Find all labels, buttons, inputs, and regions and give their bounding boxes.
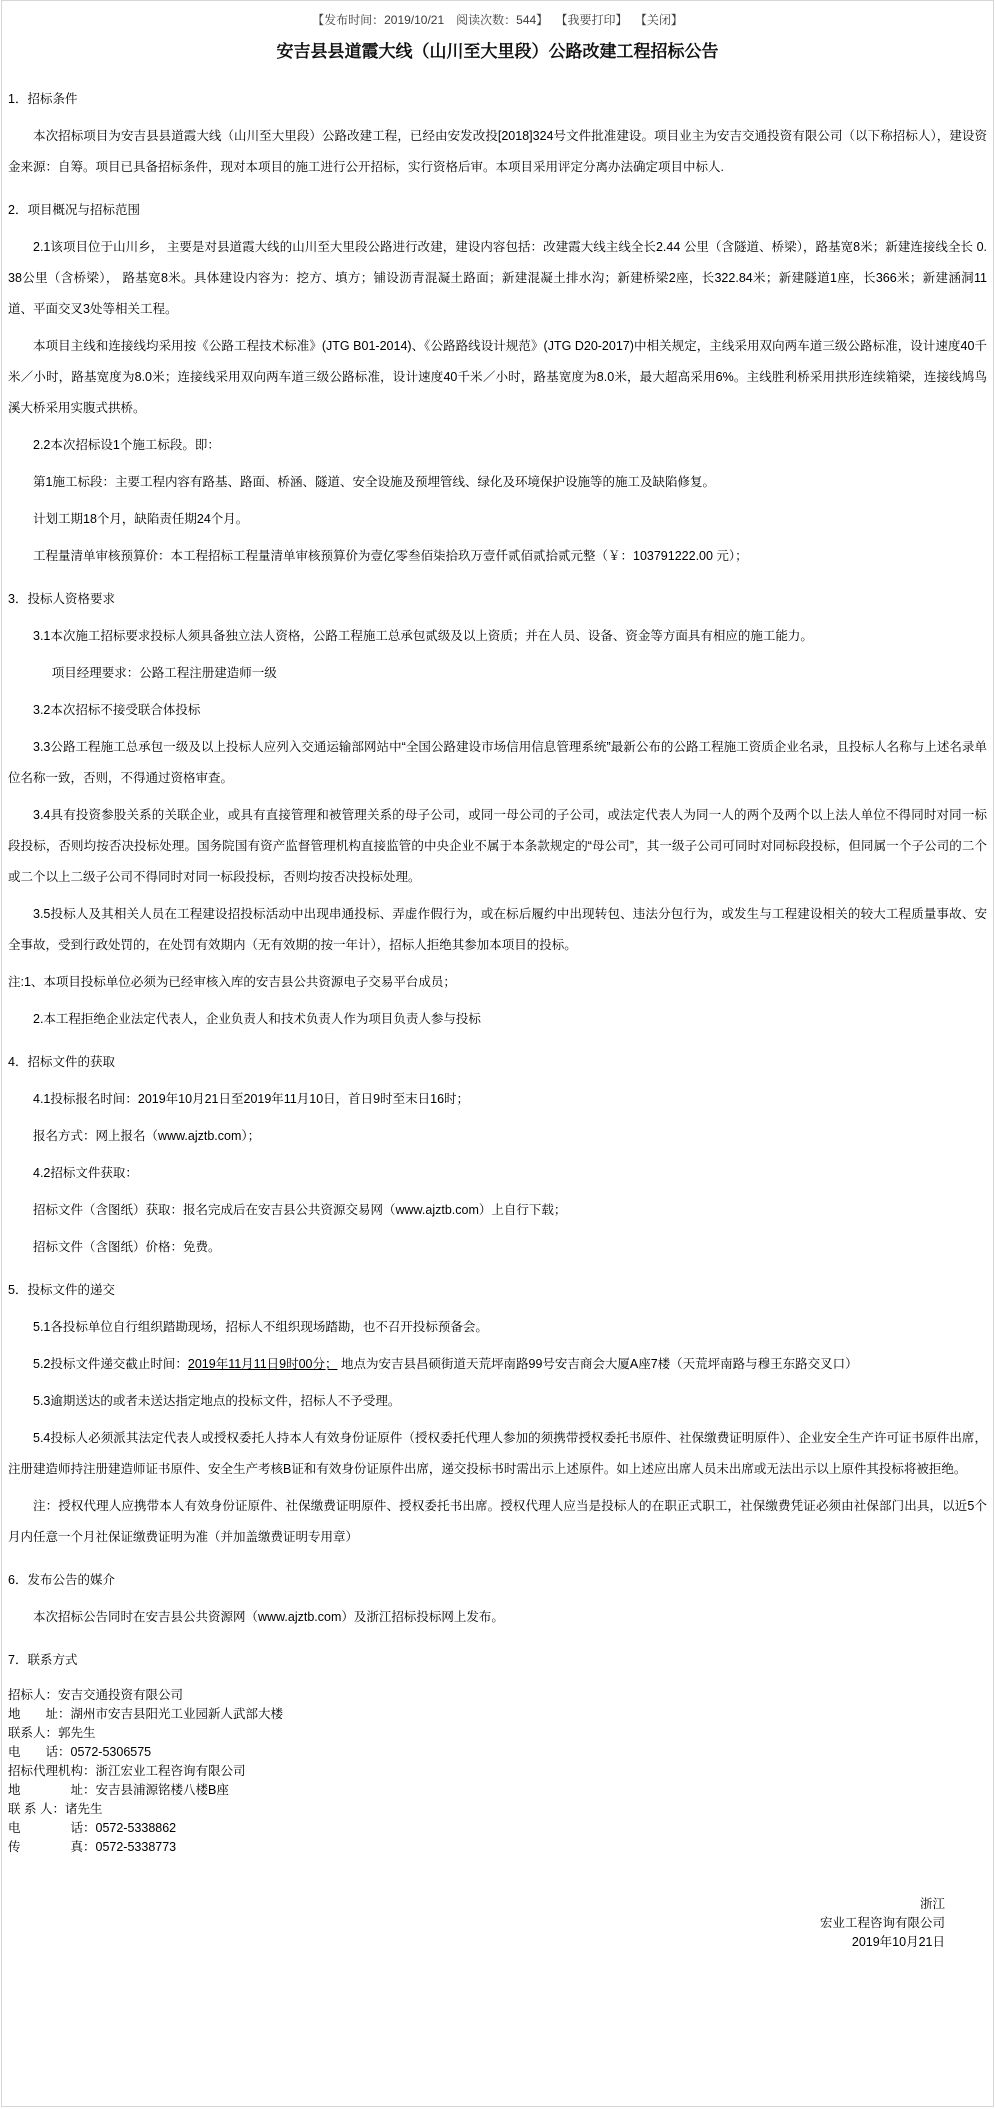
contact-line: 电 话：0572-5338862 — [8, 1819, 987, 1838]
contact-line: 联 系 人：诸先生 — [8, 1800, 987, 1819]
contact-line: 招标代理机构：浙江宏业工程咨询有限公司 — [8, 1762, 987, 1781]
text-run: 5.2投标文件递交截止时间： — [33, 1357, 188, 1371]
paragraph: 2.2本次招标设1个施工标段。即： — [8, 430, 987, 461]
paragraph: 计划工期18个月，缺陷责任期24个月。 — [8, 504, 987, 535]
contact-line: 电 话：0572-5306575 — [8, 1743, 987, 1762]
paragraph: 5.2投标文件递交截止时间：2019年11月11日9时00分； 地点为安吉县昌硕… — [8, 1349, 987, 1380]
section-heading: 3．投标人资格要求 — [8, 584, 987, 615]
print-link[interactable]: 【我要打印】 — [556, 13, 628, 27]
text-run: 地点为安吉县昌硕街道天荒坪南路99号安吉商会大厦A座7楼（天荒坪南路与穆王东路交… — [338, 1357, 858, 1371]
document-page: 【发布时间：2019/10/21 阅读次数：544】 【我要打印】 【关闭】 安… — [1, 0, 994, 2107]
contact-line: 招标人：安吉交通投资有限公司 — [8, 1686, 987, 1705]
signature-line: 浙江 — [8, 1895, 945, 1914]
paragraph: 4.1投标报名时间：2019年10月21日至2019年11月10日，首日9时至末… — [8, 1084, 987, 1115]
paragraph: 项目经理要求：公路工程注册建造师一级 — [8, 658, 987, 689]
signature-line: 2019年10月21日 — [8, 1933, 945, 1952]
paragraph: 本项目主线和连接线均采用按《公路工程技术标准》(JTG B01-2014)、《公… — [8, 331, 987, 424]
paragraph: 本次招标项目为安吉县县道霞大线（山川至大里段）公路改建工程，已经由安发改投[20… — [8, 121, 987, 183]
paragraph: 3.3公路工程施工总承包一级及以上投标人应列入交通运输部网站中“全国公路建设市场… — [8, 732, 987, 794]
page-title: 安吉县县道霞大线（山川至大里段）公路改建工程招标公告 — [8, 40, 987, 64]
paragraph: 5.4投标人必须派其法定代表人或授权委托人持本人有效身份证原件（授权委托代理人参… — [8, 1423, 987, 1485]
signature-line: 宏业工程咨询有限公司 — [8, 1914, 945, 1933]
paragraph: 3.5投标人及其相关人员在工程建设招投标活动中出现串通投标、弄虚作假行为，或在标… — [8, 899, 987, 961]
paragraph: 招标文件（含图纸）价格：免费。 — [8, 1232, 987, 1263]
paragraph: 招标文件（含图纸）获取：报名完成后在安吉县公共资源交易网（www.ajztb.c… — [8, 1195, 987, 1226]
paragraph: 第1施工标段：主要工程内容有路基、路面、桥涵、隧道、安全设施及预埋管线、绿化及环… — [8, 467, 987, 498]
paragraph: 工程量清单审核预算价：本工程招标工程量清单审核预算价为壹亿零叁佰柒拾玖万壹仟贰佰… — [8, 541, 987, 572]
paragraph: 4.2招标文件获取： — [8, 1158, 987, 1189]
publish-info: 【发布时间：2019/10/21 阅读次数：544】 — [312, 13, 548, 27]
meta-bar: 【发布时间：2019/10/21 阅读次数：544】 【我要打印】 【关闭】 — [8, 7, 987, 30]
paragraph: 2.本工程拒绝企业法定代表人，企业负责人和技术负责人作为项目负责人参与投标 — [8, 1004, 987, 1035]
contact-line: 地 址：安吉县浦源铭楼八楼B座 — [8, 1781, 987, 1800]
section-heading: 5．投标文件的递交 — [8, 1275, 987, 1306]
paragraph: 3.1本次施工招标要求投标人须具备独立法人资格，公路工程施工总承包贰级及以上资质… — [8, 621, 987, 652]
paragraph: 本次招标公告同时在安吉县公共资源网（www.ajztb.com）及浙江招标投标网… — [8, 1602, 987, 1633]
section-heading: 7．联系方式 — [8, 1645, 987, 1676]
contact-line: 地 址：湖州市安吉县阳光工业园新人武部大楼 — [8, 1705, 987, 1724]
paragraph: 3.2本次招标不接受联合体投标 — [8, 695, 987, 726]
section-heading: 4．招标文件的获取 — [8, 1047, 987, 1078]
contact-line: 传 真：0572-5338773 — [8, 1838, 987, 1857]
section-heading: 6．发布公告的媒介 — [8, 1565, 987, 1596]
paragraph: 5.3逾期送达的或者未送达指定地点的投标文件，招标人不予受理。 — [8, 1386, 987, 1417]
contact-block: 招标人：安吉交通投资有限公司地 址：湖州市安吉县阳光工业园新人武部大楼联系人：郭… — [8, 1686, 987, 1857]
underlined-text: 2019年11月11日9时00分； — [188, 1357, 338, 1371]
contact-line: 联系人：郭先生 — [8, 1724, 987, 1743]
paragraph: 注:1、本项目投标单位必须为已经审核入库的安吉县公共资源电子交易平台成员； — [8, 967, 987, 998]
document-body: 1．招标条件本次招标项目为安吉县县道霞大线（山川至大里段）公路改建工程，已经由安… — [8, 84, 987, 1676]
close-link[interactable]: 【关闭】 — [635, 13, 683, 27]
paragraph: 报名方式：网上报名（www.ajztb.com）； — [8, 1121, 987, 1152]
paragraph: 注：授权代理人应携带本人有效身份证原件、社保缴费证明原件、授权委托书出席。授权代… — [8, 1491, 987, 1553]
paragraph: 5.1各投标单位自行组织踏勘现场，招标人不组织现场踏勘，也不召开投标预备会。 — [8, 1312, 987, 1343]
section-heading: 2．项目概况与招标范围 — [8, 195, 987, 226]
paragraph: 2.1该项目位于山川乡， 主要是对县道霞大线的山川至大里段公路进行改建，建设内容… — [8, 232, 987, 325]
section-heading: 1．招标条件 — [8, 84, 987, 115]
paragraph: 3.4具有投资参股关系的关联企业，或具有直接管理和被管理关系的母子公司，或同一母… — [8, 800, 987, 893]
signature-block: 浙江宏业工程咨询有限公司2019年10月21日 — [8, 1895, 987, 1952]
